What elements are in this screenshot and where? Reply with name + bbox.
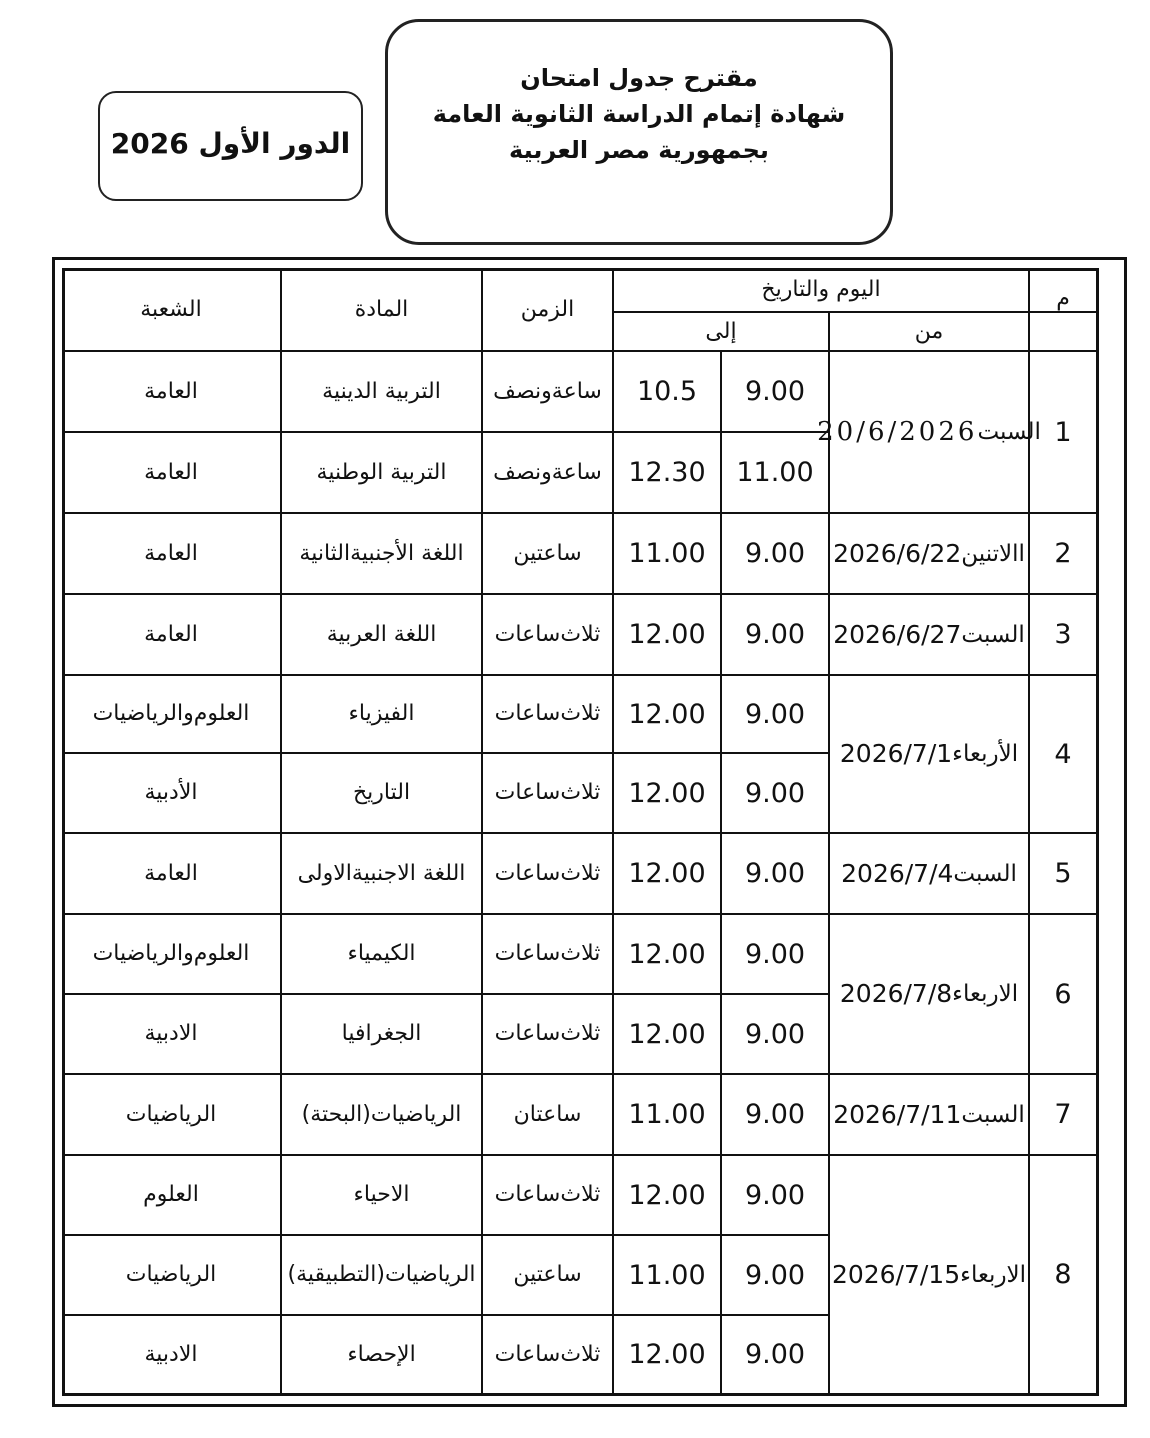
section-cell: الادبية: [62, 1316, 282, 1395]
section-text: الأدبية: [145, 778, 198, 808]
day-name: الاربعاء: [960, 1258, 1026, 1292]
title-line-2: شهادة إتمام الدراسة الثانوية العامة: [388, 96, 890, 132]
end-time: 11.00: [628, 1260, 705, 1291]
header-day-date-cell: اليوم والتاريخ: [614, 268, 1030, 313]
duration-text: ثلاث: [560, 1180, 600, 1210]
section-text: الادبية: [145, 1340, 198, 1370]
subject-cell: التاريخ: [282, 754, 483, 834]
row-index: 5: [1054, 858, 1071, 889]
subject-cell: الكيمياء: [282, 915, 483, 995]
subject-text: الرياضيات: [385, 1260, 476, 1290]
section-text: والرياضيات: [93, 699, 194, 729]
exam-schedule-table: ماليوم والتاريخمنإلىالزمنالمادةالشعبة1ال…: [62, 268, 1099, 1396]
duration-text: ساعتان: [514, 1100, 582, 1130]
duration-text: ثلاث: [560, 939, 600, 969]
end-time-cell: 12.00: [614, 595, 722, 676]
row-index-cell: 3: [1030, 595, 1098, 676]
document-title: مقترح جدول امتحان شهادة إتمام الدراسة ال…: [388, 60, 890, 168]
start-time: 9.00: [745, 858, 805, 889]
start-time-cell: 9.00: [722, 514, 830, 595]
header-day-date-label: اليوم والتاريخ: [761, 277, 880, 302]
start-time: 11.00: [736, 457, 813, 488]
start-time: 9.00: [745, 699, 805, 730]
header-subject-label: المادة: [355, 297, 409, 322]
row-index: 6: [1054, 979, 1071, 1010]
duration-text: ساعتين: [513, 539, 581, 569]
end-time: 11.00: [628, 538, 705, 569]
section-text: الرياضيات: [126, 1260, 217, 1290]
end-time: 12.00: [628, 858, 705, 889]
day-name: السبت: [961, 1098, 1024, 1132]
duration-text: ساعات: [495, 939, 561, 969]
duration-text: ونصف: [493, 377, 552, 407]
start-time: 9.00: [745, 538, 805, 569]
section-text: العامة: [144, 620, 198, 650]
row-index-cell: 5: [1030, 834, 1098, 915]
section-cell: العلوموالرياضيات: [62, 676, 282, 754]
row-index-cell: 8: [1030, 1156, 1098, 1395]
subject-text: الفيزياء: [349, 699, 415, 729]
row-index-cell: 2: [1030, 514, 1098, 595]
section-text: العلوم: [143, 1180, 199, 1210]
subject-text: التربية الدينية: [322, 377, 441, 407]
duration-text: ثلاث: [560, 620, 600, 650]
subject-cell: التربية الدينية: [282, 352, 483, 433]
duration-cell: ثلاثساعات: [483, 754, 614, 834]
subject-cell: اللغة الاجنبيةالاولى: [282, 834, 483, 915]
duration-text: ساعات: [495, 1019, 561, 1049]
end-time: 12.00: [628, 1180, 705, 1211]
day-date-cell: الأربعاء2026/7/1: [830, 676, 1030, 834]
day-date-cell: السبت2026/6/27: [830, 595, 1030, 676]
section-text: الرياضيات: [126, 1100, 217, 1130]
title-line-3: بجمهورية مصر العربية: [388, 132, 890, 168]
duration-cell: ثلاثساعات: [483, 915, 614, 995]
day-name: الاربعاء: [952, 977, 1018, 1011]
subject-text: اللغة الاجنبية: [352, 859, 465, 889]
end-time-cell: 11.00: [614, 514, 722, 595]
duration-cell: ساعةونصف: [483, 433, 614, 514]
subject-text: الكيمياء: [348, 939, 416, 969]
subject-cell: التربية الوطنية: [282, 433, 483, 514]
title-box: مقترح جدول امتحان شهادة إتمام الدراسة ال…: [385, 19, 893, 245]
start-time: 9.00: [745, 778, 805, 809]
header-subject-cell: المادة: [282, 268, 483, 352]
duration-text: ساعة: [552, 377, 602, 407]
start-time-cell: 9.00: [722, 1316, 830, 1395]
section-cell: العامة: [62, 514, 282, 595]
day-date-cell: االاتنين2026/6/22: [830, 514, 1030, 595]
title-line-1: مقترح جدول امتحان: [388, 60, 890, 96]
start-time-cell: 9.00: [722, 1156, 830, 1236]
subject-cell: الرياضيات(التطبيقية): [282, 1236, 483, 1316]
end-time: 12.00: [628, 1019, 705, 1050]
exam-date: 2026/7/11: [833, 1098, 961, 1132]
duration-text: ساعتين: [513, 1260, 581, 1290]
start-time-cell: 9.00: [722, 834, 830, 915]
start-time-cell: 9.00: [722, 915, 830, 995]
round-box: الدور الأول 2026: [98, 91, 363, 201]
header-index-subcell: [1030, 313, 1098, 352]
header-duration-cell: الزمن: [483, 268, 614, 352]
section-text: العامة: [144, 377, 198, 407]
row-index: 7: [1054, 1099, 1071, 1130]
subject-text: الاولى: [298, 859, 352, 889]
end-time-cell: 11.00: [614, 1236, 722, 1316]
subject-text: (البحتة): [302, 1100, 371, 1130]
exam-date: 2026/6/22: [833, 537, 961, 571]
day-date-cell: الاربعاء2026/7/8: [830, 915, 1030, 1075]
start-time: 9.00: [745, 376, 805, 407]
duration-cell: ساعتين: [483, 1236, 614, 1316]
start-time: 9.00: [745, 1260, 805, 1291]
duration-text: ساعات: [495, 1340, 561, 1370]
subject-cell: الإحصاء: [282, 1316, 483, 1395]
row-index-cell: 6: [1030, 915, 1098, 1075]
subject-text: الرياضيات: [371, 1100, 462, 1130]
section-text: الادبية: [145, 1019, 198, 1049]
start-time-cell: 11.00: [722, 433, 830, 514]
duration-text: ساعات: [495, 778, 561, 808]
day-date-cell: السبت2026/7/11: [830, 1075, 1030, 1156]
end-time: 12.00: [628, 619, 705, 650]
end-time: 12.30: [628, 457, 705, 488]
row-index: 1: [1054, 417, 1071, 448]
exam-date: 2026/7/15: [832, 1258, 960, 1292]
header-to-label: إلى: [705, 319, 736, 344]
start-time-cell: 9.00: [722, 1075, 830, 1156]
start-time-cell: 9.00: [722, 754, 830, 834]
subject-text: اللغة العربية: [327, 620, 437, 650]
end-time: 12.00: [628, 1339, 705, 1370]
section-cell: العلوم: [62, 1156, 282, 1236]
start-time-cell: 9.00: [722, 595, 830, 676]
duration-text: ثلاث: [560, 1019, 600, 1049]
subject-cell: الجغرافيا: [282, 995, 483, 1075]
section-cell: الادبية: [62, 995, 282, 1075]
duration-cell: ساعتين: [483, 514, 614, 595]
start-time: 9.00: [745, 1019, 805, 1050]
end-time-cell: 10.5: [614, 352, 722, 433]
subject-text: الجغرافيا: [342, 1019, 422, 1049]
duration-text: ثلاث: [560, 699, 600, 729]
duration-text: ثلاث: [560, 859, 600, 889]
section-cell: الرياضيات: [62, 1236, 282, 1316]
day-name: السبت: [961, 618, 1024, 652]
row-index: 2: [1054, 538, 1071, 569]
duration-cell: ثلاثساعات: [483, 834, 614, 915]
end-time-cell: 12.00: [614, 676, 722, 754]
subject-text: الاحياء: [354, 1180, 410, 1210]
start-time-cell: 9.00: [722, 676, 830, 754]
duration-cell: ثلاثساعات: [483, 995, 614, 1075]
start-time: 9.00: [745, 939, 805, 970]
end-time-cell: 12.30: [614, 433, 722, 514]
row-index-cell: 7: [1030, 1075, 1098, 1156]
end-time: 12.00: [628, 699, 705, 730]
duration-text: ثلاث: [560, 778, 600, 808]
day-date-cell: السبت20/6/2026: [830, 352, 1030, 514]
header-to-cell: إلى: [614, 313, 830, 352]
duration-text: ثلاث: [560, 1340, 600, 1370]
duration-text: ساعات: [495, 620, 561, 650]
duration-cell: ثلاثساعات: [483, 676, 614, 754]
row-index: 4: [1054, 739, 1071, 770]
header-from-label: من: [915, 319, 944, 344]
round-label: الدور الأول 2026: [100, 127, 361, 160]
row-index: 3: [1054, 619, 1071, 650]
section-text: العامة: [144, 539, 198, 569]
start-time-cell: 9.00: [722, 995, 830, 1075]
start-time: 9.00: [745, 619, 805, 650]
section-cell: العامة: [62, 834, 282, 915]
day-name: السبت: [977, 415, 1040, 449]
subject-text: (التطبيقية): [287, 1260, 385, 1290]
end-time: 10.5: [637, 376, 697, 407]
duration-text: ونصف: [493, 458, 552, 488]
section-cell: العلوموالرياضيات: [62, 915, 282, 995]
subject-text: التاريخ: [353, 778, 410, 808]
subject-text: اللغة الأجنبية: [350, 539, 463, 569]
duration-cell: ثلاثساعات: [483, 595, 614, 676]
header-index-label: م: [1056, 286, 1070, 311]
end-time-cell: 12.00: [614, 1156, 722, 1236]
section-cell: العامة: [62, 433, 282, 514]
header-from-cell: من: [830, 313, 1030, 352]
end-time-cell: 12.00: [614, 1316, 722, 1395]
duration-cell: ثلاثساعات: [483, 1156, 614, 1236]
exam-date: 2026/7/4: [841, 857, 953, 891]
header-section-cell: الشعبة: [62, 268, 282, 352]
exam-date: 2026/7/1: [840, 737, 952, 771]
subject-text: الثانية: [299, 539, 350, 569]
duration-text: ساعات: [495, 859, 561, 889]
subject-text: التربية الوطنية: [317, 458, 447, 488]
subject-cell: الرياضيات(البحتة): [282, 1075, 483, 1156]
section-text: العلوم: [194, 699, 250, 729]
section-cell: الأدبية: [62, 754, 282, 834]
start-time-cell: 9.00: [722, 1236, 830, 1316]
duration-cell: ساعةونصف: [483, 352, 614, 433]
row-index: 8: [1054, 1259, 1071, 1290]
end-time: 12.00: [628, 939, 705, 970]
subject-cell: اللغة العربية: [282, 595, 483, 676]
start-time: 9.00: [745, 1099, 805, 1130]
duration-text: ساعة: [552, 458, 602, 488]
start-time-cell: 9.00: [722, 352, 830, 433]
duration-text: ساعات: [495, 1180, 561, 1210]
subject-cell: الاحياء: [282, 1156, 483, 1236]
section-text: والرياضيات: [93, 939, 194, 969]
subject-text: الإحصاء: [347, 1340, 415, 1370]
end-time-cell: 12.00: [614, 754, 722, 834]
section-cell: العامة: [62, 352, 282, 433]
section-cell: الرياضيات: [62, 1075, 282, 1156]
duration-cell: ساعتان: [483, 1075, 614, 1156]
day-date-cell: الاربعاء2026/7/15: [830, 1156, 1030, 1395]
section-text: العلوم: [194, 939, 250, 969]
section-text: العامة: [144, 458, 198, 488]
end-time-cell: 11.00: [614, 1075, 722, 1156]
exam-date: 20/6/2026: [817, 415, 977, 449]
day-name: الأربعاء: [952, 737, 1018, 771]
section-cell: العامة: [62, 595, 282, 676]
subject-cell: اللغة الأجنبيةالثانية: [282, 514, 483, 595]
end-time: 12.00: [628, 778, 705, 809]
row-index-cell: 4: [1030, 676, 1098, 834]
end-time: 11.00: [628, 1099, 705, 1130]
header-section-label: الشعبة: [140, 297, 202, 322]
start-time: 9.00: [745, 1339, 805, 1370]
header-index-cell: م: [1030, 268, 1098, 313]
subject-cell: الفيزياء: [282, 676, 483, 754]
header-duration-label: الزمن: [521, 297, 575, 322]
duration-text: ساعات: [495, 699, 561, 729]
end-time-cell: 12.00: [614, 834, 722, 915]
end-time-cell: 12.00: [614, 915, 722, 995]
duration-cell: ثلاثساعات: [483, 1316, 614, 1395]
end-time-cell: 12.00: [614, 995, 722, 1075]
day-date-cell: السبت2026/7/4: [830, 834, 1030, 915]
section-text: العامة: [144, 859, 198, 889]
start-time: 9.00: [745, 1180, 805, 1211]
exam-date: 2026/7/8: [840, 977, 952, 1011]
day-name: االاتنين: [961, 537, 1025, 571]
day-name: السبت: [953, 857, 1016, 891]
exam-date: 2026/6/27: [833, 618, 961, 652]
